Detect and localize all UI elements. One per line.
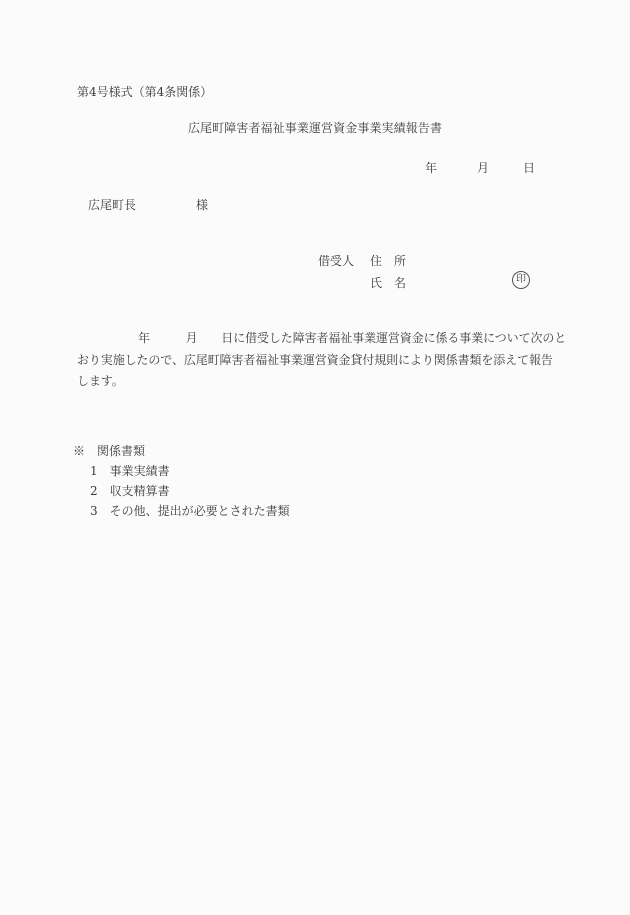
date-day-label: 日 [523, 161, 535, 175]
borrower-address-label: 住 所 [370, 254, 406, 268]
date-year-label: 年 [425, 161, 437, 175]
borrower-label: 借受人 [318, 254, 354, 268]
page-title: 広尾町障害者福祉事業運営資金事業実績報告書 [0, 121, 630, 135]
form-number: 第4号様式（第4条関係） [77, 85, 212, 99]
body-line-2: おり実施したので、広尾町障害者福祉事業運営資金貸付規則により関係書類を添えて報告 [77, 350, 572, 372]
borrower-name-label: 氏 名 [370, 276, 406, 290]
related-document-item: 3 その他、提出が必要とされた書類 [90, 504, 290, 518]
date-month-label: 月 [477, 161, 489, 175]
body-line-1: 年 月 日に借受した障害者福祉事業運営資金に係る事業について次のと [138, 328, 572, 350]
related-document-item: 1 事業実績書 [90, 464, 170, 478]
related-documents-header: ※ 関係書類 [73, 444, 145, 458]
seal-mark-icon: 印 [512, 271, 530, 289]
body-paragraph: 年 月 日に借受した障害者福祉事業運営資金に係る事業について次のと おり実施した… [77, 328, 572, 393]
addressee-name: 広尾町長 [88, 198, 136, 212]
addressee-honorific: 様 [196, 198, 208, 212]
document-page: { "doc": { "form_number": "第4号様式（第4条関係）"… [0, 0, 630, 915]
body-line-3: します。 [77, 371, 572, 393]
related-document-item: 2 収支精算書 [90, 484, 170, 498]
